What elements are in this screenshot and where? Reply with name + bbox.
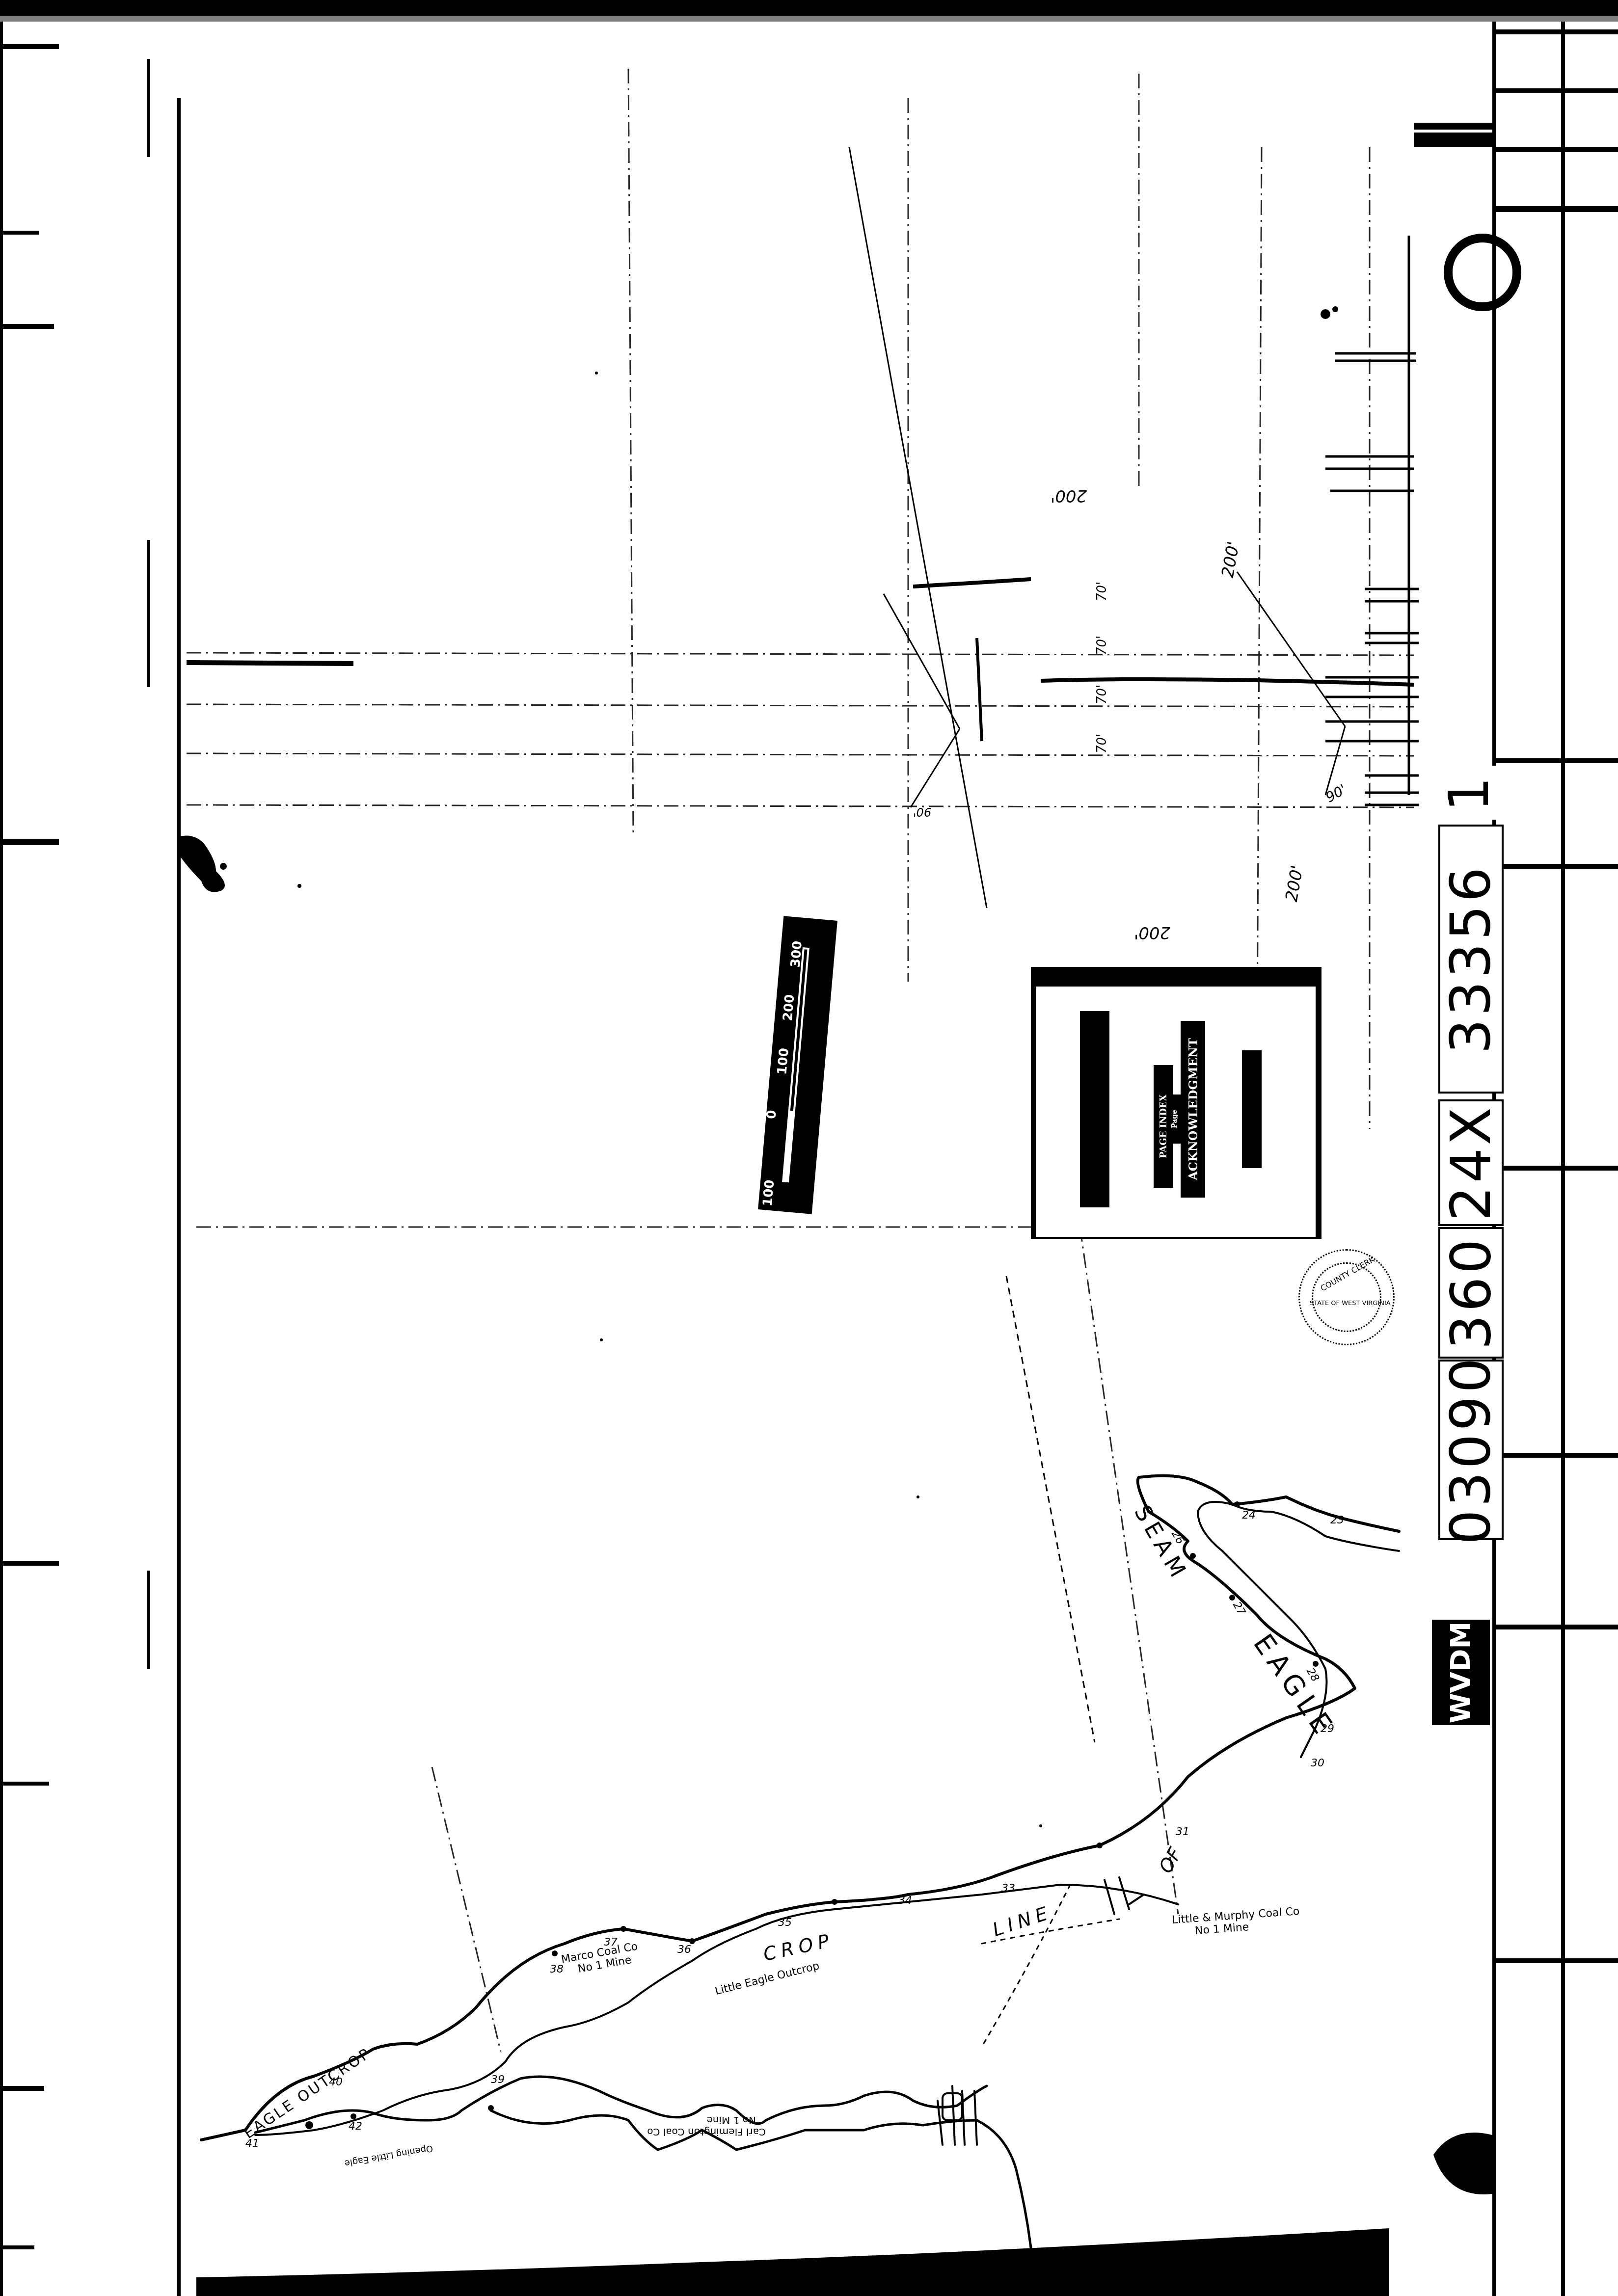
dimension-label: 70' — [1095, 734, 1109, 753]
station-number: 40 — [329, 2076, 343, 2088]
scale-tick: 300 — [788, 940, 806, 968]
station-number: 23 — [1330, 1514, 1344, 1526]
stamp-text-block — [1080, 1011, 1109, 1207]
station-number: 35 — [778, 1917, 792, 1929]
station-number: 41 — [245, 2137, 259, 2150]
stamp-heading: ACKNOWLEDGMENT — [1181, 1021, 1205, 1198]
film-document-suffix: 1 — [1438, 766, 1500, 820]
station-number: 29 — [1321, 1723, 1334, 1735]
stamp-page-block: Page — [1168, 1095, 1181, 1144]
film-reduction-ratio: 24X — [1438, 1099, 1504, 1226]
dimension-label: 70' — [1095, 685, 1109, 704]
film-document-number: 33356 — [1438, 825, 1504, 1094]
county-clerk-seal: COUNTY CLERK STATE OF WEST VIRGINIA — [1298, 1249, 1395, 1345]
stamp-signature-block — [1242, 1050, 1262, 1168]
mine-label-carl-flemington: Carl Flemington Coal Co No 1 Mine — [647, 2114, 766, 2138]
scale-tick: 200 — [781, 994, 798, 1022]
block-dimension: 200' — [1051, 486, 1087, 506]
station-number: 36 — [677, 1944, 691, 1956]
station-number: 30 — [1311, 1757, 1324, 1769]
station-number: 42 — [349, 2120, 362, 2133]
film-frame-number: 360 — [1438, 1227, 1504, 1359]
angle-label: 90' — [913, 805, 931, 819]
station-number: 31 — [1176, 1826, 1189, 1838]
scale-tick: 100 — [760, 1179, 778, 1207]
station-number: 37 — [604, 1936, 618, 1949]
block-dimension: 200' — [1134, 923, 1170, 942]
scale-tick: 100 — [775, 1047, 792, 1075]
microfilm-label-strip: 03090 360 24X 33356 1 — [1424, 766, 1507, 1629]
scale-bar-fill — [790, 949, 808, 1111]
film-reel-number: 03090 — [1438, 1360, 1504, 1540]
station-number: 34 — [898, 1895, 912, 1907]
station-number: 39 — [491, 2074, 505, 2086]
station-number: 38 — [550, 1963, 564, 1976]
archive-badge: WVDM — [1432, 1620, 1490, 1725]
station-number: 33 — [1001, 1882, 1015, 1895]
station-number: 24 — [1242, 1509, 1256, 1522]
dimension-label: 70' — [1095, 582, 1109, 601]
acknowledgment-stamp: PAGE INDEX Page ACKNOWLEDGMENT — [1031, 967, 1321, 1239]
scale-tick: 0 — [764, 1109, 779, 1120]
dimension-label: 70' — [1095, 636, 1109, 655]
